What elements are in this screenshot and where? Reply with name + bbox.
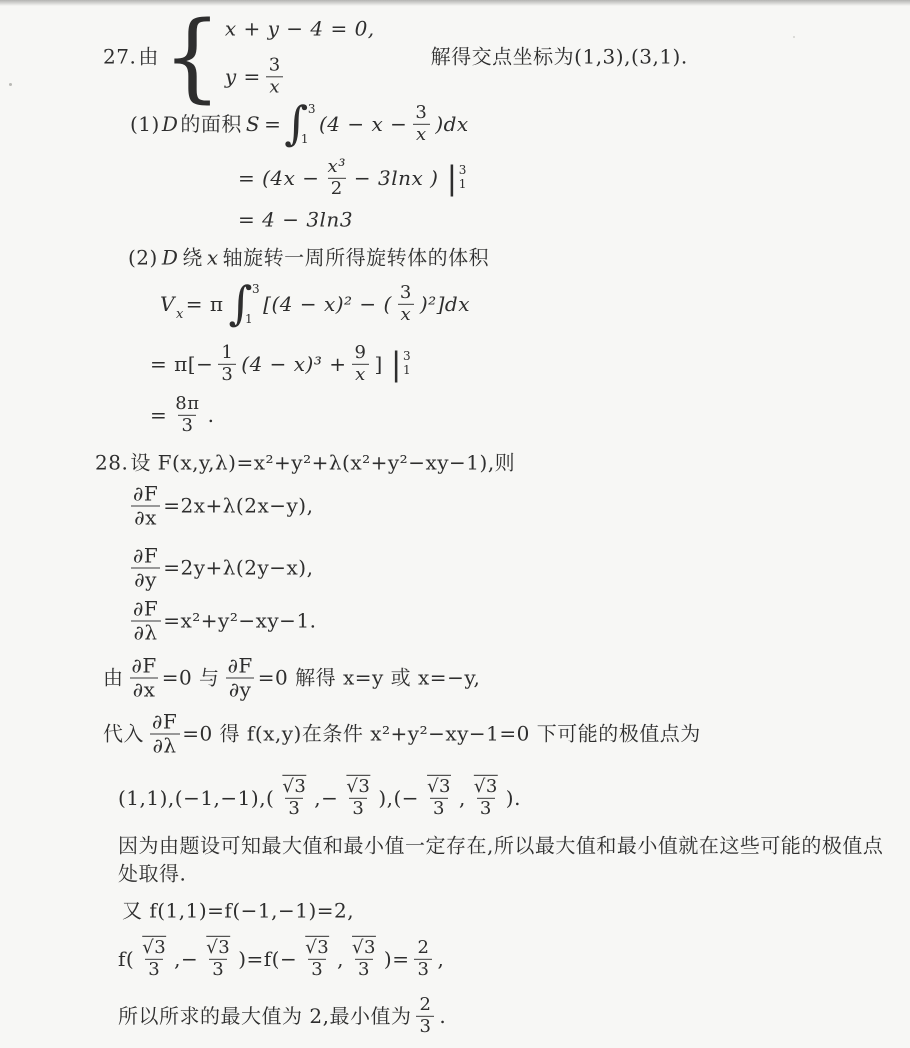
antiderivative-post: − 3lnx ) — [354, 166, 439, 191]
fraction-numerator: 3 — [266, 55, 284, 76]
p27-antiderivative-line: = (4x − x³ 2 − 3lnx ) | 3 1 — [238, 157, 467, 199]
volume-v-symbol: V — [160, 292, 175, 317]
p27-lead-text: 由 — [138, 45, 159, 70]
partial-dF-dy: ∂F ∂y — [225, 655, 256, 702]
fraction-numerator: ∂F — [130, 598, 161, 621]
feval-pre: f( — [118, 947, 134, 972]
fraction-denominator: x — [352, 364, 369, 386]
fraction-denominator: x — [398, 304, 415, 326]
points-end: ). — [506, 786, 521, 811]
p27-system-line: 27. 由 { x + y − 4 = 0, y = 3 x 解得交点坐标为(1… — [103, 16, 688, 97]
p28-problem-number: 28. — [95, 451, 128, 476]
solve-pre-text: 由 — [103, 666, 124, 691]
partial-dF-dx: ∂F ∂x — [129, 655, 160, 702]
volume-anti-pre: = π[− — [150, 352, 213, 377]
integrand-post: )dx — [435, 112, 468, 137]
fraction-numerator: 1 — [218, 343, 236, 364]
fraction-denominator: 3 — [355, 959, 373, 981]
conclusion-text: 所以所求的最大值为 2,最小值为 — [118, 1004, 411, 1029]
volume-integrand-pre: [(4 − x)² − ( — [263, 292, 392, 317]
p28-partial-y-line: ∂F ∂y =2y+λ(2y−x), — [125, 545, 313, 592]
area-text: 的面积 — [180, 112, 242, 137]
equation-2-lhs: y = — [225, 64, 261, 89]
volume-v-subscript: x — [176, 307, 184, 323]
fraction-sqrt3-over-3: √3 3 — [203, 938, 233, 980]
integrand-pre: (4 − x − — [319, 112, 407, 137]
integral-upper-limit: 3 — [252, 283, 260, 295]
p28-f11-line: 又 f(1,1)=f(−1,−1)=2, — [122, 899, 354, 924]
solve-post-text: =0 解得 x=y 或 x=−y, — [258, 666, 481, 691]
scan-speck — [793, 36, 795, 38]
area-result: = 4 − 3ln3 — [238, 208, 353, 233]
fraction-denominator: 3 — [145, 959, 163, 981]
vertical-bar-icon: | — [446, 162, 457, 194]
fraction-3-over-x: 3 x — [266, 55, 284, 97]
p27-area-value-line: = 4 − 3ln3 — [238, 208, 353, 233]
fraction-numerator: 2 — [416, 995, 434, 1016]
feval-sep-2: , — [337, 947, 344, 972]
fraction-denominator: 3 — [477, 798, 495, 820]
integral-limits: 3 1 — [308, 103, 316, 145]
vertical-bar-icon: | — [391, 348, 402, 380]
x-axis-symbol: x — [207, 246, 219, 271]
partial-y-rhs: =2y+λ(2y−x), — [163, 556, 313, 581]
fraction-numerator: ∂F — [130, 545, 161, 568]
p27-volume-line-1: V x = π ∫ 3 1 [(4 − x)² − ( 3 x )²]dx — [160, 283, 470, 325]
fraction-numerator: 8π — [172, 394, 202, 415]
p28-substitute-line: 代入 ∂F ∂λ =0 得 f(x,y)在条件 x²+y²−xy−1=0 下可能… — [103, 711, 701, 758]
lower-limit: 1 — [459, 178, 467, 192]
scanned-page: 27. 由 { x + y − 4 = 0, y = 3 x 解得交点坐标为(1… — [0, 0, 910, 1048]
p28-conclusion-line: 所以所求的最大值为 2,最小值为 2 3 . — [118, 995, 446, 1037]
substitute-pre-text: 代入 — [103, 722, 144, 747]
equals-sign: = — [264, 112, 281, 137]
partial-dF-dlambda: ∂F ∂λ — [130, 598, 161, 645]
fraction-denominator: 3 — [414, 959, 432, 981]
system-equation-2: y = 3 x — [225, 55, 289, 97]
fraction-denominator: ∂x — [131, 506, 160, 530]
p27-problem-number: 27. — [103, 45, 136, 70]
p27-area-line: (1) D 的面积 S = ∫ 3 1 (4 − x − 3 x )dx — [130, 103, 469, 145]
p28-because-line-2: 处取得. — [118, 862, 186, 887]
solve-mid-text: =0 与 — [162, 666, 220, 691]
fraction-denominator: 3 — [349, 798, 367, 820]
scan-edge-shadow — [0, 0, 910, 6]
volume-integrand-post: )²]dx — [420, 292, 470, 317]
p28-setup-line: 28. 设 F(x,y,λ)=x²+y²+λ(x²+y²−xy−1),则 — [95, 451, 517, 476]
feval-close: )= — [384, 947, 410, 972]
points-sep-1: ,− — [314, 786, 338, 811]
fraction-denominator: 2 — [328, 178, 346, 200]
period: . — [439, 1004, 446, 1029]
left-brace: { — [163, 16, 222, 98]
fraction-denominator: ∂λ — [131, 621, 161, 645]
volume-anti-mid: (4 − x)³ + — [241, 352, 346, 377]
points-sep-2: ),(− — [378, 786, 419, 811]
fraction-3-over-x: 3 x — [397, 283, 415, 325]
fraction-denominator: ∂y — [131, 568, 160, 592]
fraction-sqrt3-over-3: √3 3 — [139, 938, 169, 980]
p27-part2-heading: (2) D 绕 x 轴旋转一周所得旋转体的体积 — [128, 246, 489, 271]
fraction-denominator: 3 — [285, 798, 303, 820]
evaluation-bar-1-to-3: | 3 1 — [391, 348, 411, 380]
fraction-8pi-over-3: 8π 3 — [172, 394, 202, 436]
system-of-equations: { x + y − 4 = 0, y = 3 x — [163, 16, 375, 97]
integral-limits: 3 1 — [252, 283, 260, 325]
sqrt-numerator: √3 — [203, 938, 233, 959]
fraction-numerator: ∂F — [225, 655, 256, 678]
fraction-2-over-3: 2 3 — [414, 938, 432, 980]
fraction-numerator: 3 — [397, 283, 415, 304]
sqrt-numerator: √3 — [349, 938, 379, 959]
points-sep-3: , — [459, 786, 466, 811]
sqrt-numerator: √3 — [279, 777, 309, 798]
p27-volume-line-2: = π[− 1 3 (4 − x)³ + 9 x ] | 3 1 — [150, 343, 411, 385]
fraction-numerator: ∂F — [129, 655, 160, 678]
fraction-denominator: 3 — [218, 364, 236, 386]
fraction-denominator: ∂y — [226, 678, 255, 702]
partial-dF-dy: ∂F ∂y — [130, 545, 161, 592]
region-d-symbol: D — [162, 246, 179, 271]
feval-mid: )=f(− — [238, 947, 297, 972]
partial-dF-dlambda: ∂F ∂λ — [149, 711, 180, 758]
partial-dF-dx: ∂F ∂x — [130, 483, 161, 530]
fraction-sqrt3-over-3: √3 3 — [302, 938, 332, 980]
sqrt-numerator: √3 — [302, 938, 332, 959]
area-s-symbol: S — [246, 112, 260, 137]
evaluation-bar-1-to-3: | 3 1 — [446, 162, 466, 194]
partial-x-rhs: =2x+λ(2x−y), — [163, 494, 313, 519]
integral-1-to-3: ∫ 3 1 — [284, 103, 316, 145]
fraction-sqrt3-over-3: √3 3 — [343, 777, 373, 819]
integral-1-to-3: ∫ 3 1 — [229, 283, 261, 325]
p28-fsqrt-line: f( √3 3 ,− √3 3 )=f(− √3 3 , √3 3 )= 2 3… — [118, 938, 444, 980]
fraction-3-over-x: 3 x — [412, 103, 430, 145]
lower-limit: 1 — [403, 364, 411, 378]
fraction-x3-over-2: x³ 2 — [325, 157, 349, 199]
part-2-label: (2) — [128, 246, 158, 271]
fraction-denominator: x — [266, 76, 283, 98]
p28-partial-x-line: ∂F ∂x =2x+λ(2x−y), — [125, 483, 313, 530]
upper-limit: 3 — [459, 164, 467, 178]
sqrt-numerator: √3 — [139, 938, 169, 959]
fraction-numerator: ∂F — [149, 711, 180, 734]
fraction-2-over-3: 2 3 — [416, 995, 434, 1037]
points-pre: (1,1),(−1,−1),( — [118, 786, 274, 811]
upper-limit: 3 — [403, 350, 411, 364]
fraction-sqrt3-over-3: √3 3 — [279, 777, 309, 819]
fraction-9-over-x: 9 x — [352, 343, 370, 385]
fraction-numerator: ∂F — [130, 483, 161, 506]
fraction-denominator: 3 — [308, 959, 326, 981]
sqrt-numerator: √3 — [424, 777, 454, 798]
p28-solve-line: 由 ∂F ∂x =0 与 ∂F ∂y =0 解得 x=y 或 x=−y, — [103, 655, 480, 702]
fraction-denominator: ∂λ — [150, 734, 180, 758]
scan-speck — [9, 83, 12, 86]
sqrt-numerator: √3 — [343, 777, 373, 798]
fraction-denominator: ∂x — [130, 678, 159, 702]
fraction-sqrt3-over-3: √3 3 — [471, 777, 501, 819]
fraction-numerator: x³ — [325, 157, 349, 178]
because-text-2: 处取得. — [118, 862, 186, 887]
sqrt-numerator: √3 — [471, 777, 501, 798]
system-equation-1: x + y − 4 = 0, — [225, 16, 375, 41]
fraction-numerator: 2 — [414, 938, 432, 959]
feval-trailing-comma: , — [437, 947, 444, 972]
fraction-sqrt3-over-3: √3 3 — [349, 938, 379, 980]
fraction-denominator: 3 — [209, 959, 227, 981]
fraction-denominator: 3 — [416, 1016, 434, 1038]
system-equations: x + y − 4 = 0, y = 3 x — [225, 16, 375, 97]
equals-sign: = — [150, 403, 167, 428]
fraction-denominator: 3 — [430, 798, 448, 820]
partial-lambda-rhs: =x²+y²−xy−1. — [163, 609, 316, 634]
antiderivative-pre: = (4x − — [238, 166, 320, 191]
substitute-post-text: =0 得 f(x,y)在条件 x²+y²−xy−1=0 下可能的极值点为 — [182, 722, 701, 747]
fraction-sqrt3-over-3: √3 3 — [424, 777, 454, 819]
fraction-1-over-3: 1 3 — [218, 343, 236, 385]
integral-lower-limit: 1 — [301, 133, 316, 145]
fraction-denominator: x — [413, 124, 430, 146]
revolve-text-2: 轴旋转一周所得旋转体的体积 — [223, 246, 490, 271]
volume-anti-post: ] — [374, 352, 382, 377]
fraction-numerator: 9 — [352, 343, 370, 364]
period: . — [208, 403, 215, 428]
part-1-label: (1) — [130, 112, 160, 137]
evaluation-limits: 3 1 — [459, 164, 467, 192]
equals-pi: = π — [186, 292, 224, 317]
integral-upper-limit: 3 — [308, 103, 316, 115]
fraction-numerator: 3 — [412, 103, 430, 124]
p28-candidate-points-line: (1,1),(−1,−1),( √3 3 ,− √3 3 ),(− √3 3 ,… — [118, 777, 521, 819]
revolve-text-1: 绕 — [182, 246, 203, 271]
region-d-symbol: D — [162, 112, 179, 137]
feval-sep-1: ,− — [174, 947, 198, 972]
evaluation-limits: 3 1 — [403, 350, 411, 378]
p28-function-definition: 设 F(x,y,λ)=x²+y²+λ(x²+y²−xy−1),则 — [130, 451, 515, 476]
p28-because-line-1: 因为由题设可知最大值和最小值一定存在,所以最大值和最小值就在这些可能的极值点 — [118, 834, 883, 859]
p28-partial-lambda-line: ∂F ∂λ =x²+y²−xy−1. — [125, 598, 317, 645]
because-text-1: 因为由题设可知最大值和最小值一定存在,所以最大值和最小值就在这些可能的极值点 — [118, 834, 883, 859]
f11-text: 又 f(1,1)=f(−1,−1)=2, — [122, 899, 354, 924]
integral-lower-limit: 1 — [245, 313, 260, 325]
fraction-denominator: 3 — [178, 415, 196, 437]
p27-intersection-result: 解得交点坐标为(1,3),(3,1). — [431, 45, 688, 70]
p27-volume-result-line: = 8π 3 . — [150, 394, 214, 436]
